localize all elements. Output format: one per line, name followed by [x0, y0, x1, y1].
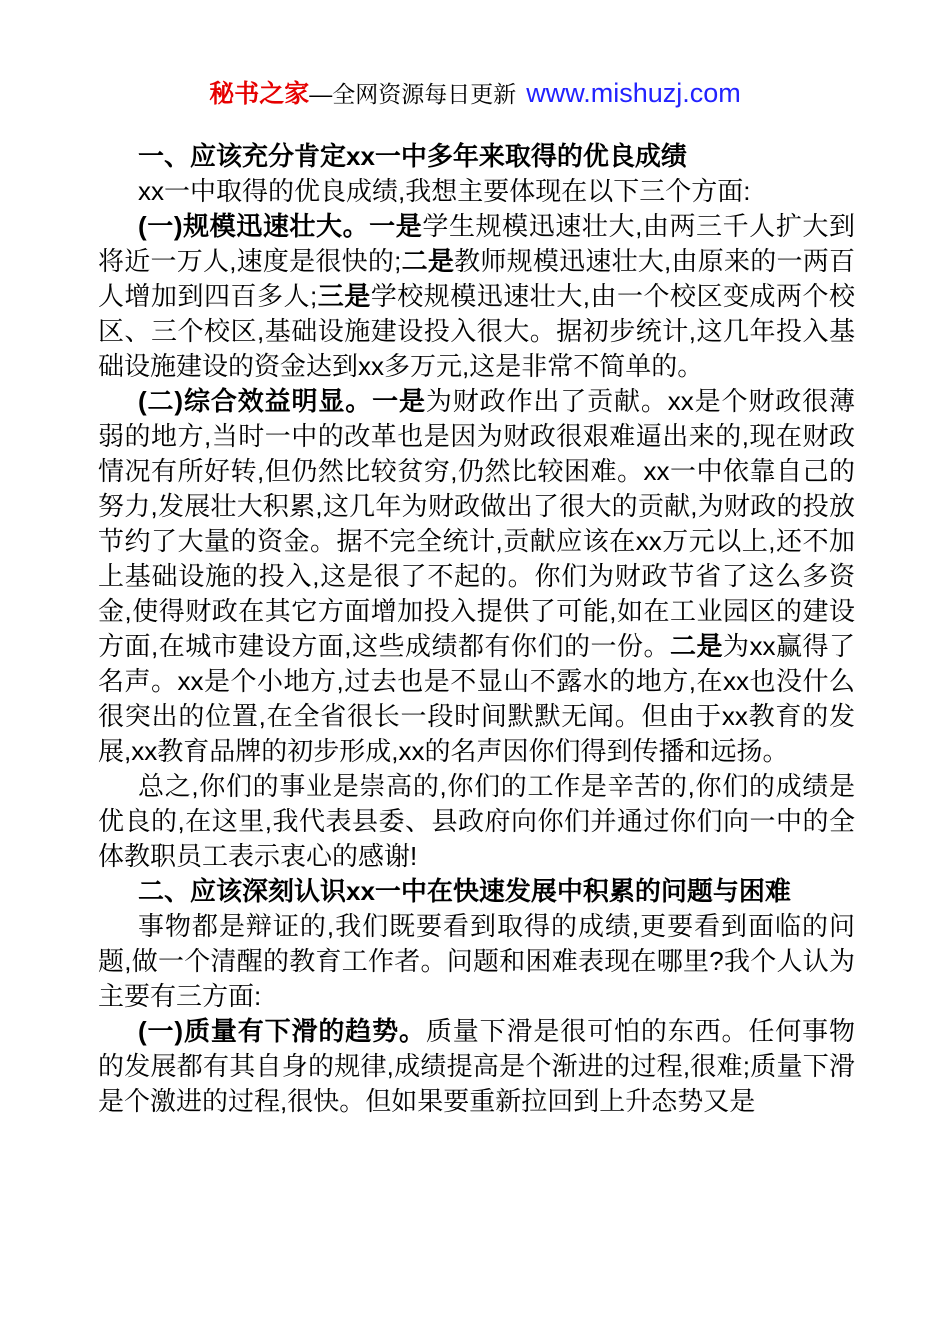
site-tagline: —全网资源每日更新	[309, 81, 516, 107]
document-page: 秘书之家—全网资源每日更新www.mishuzj.com 一、应该充分肯定xx一…	[0, 0, 950, 1344]
bold-run: 一、应该充分肯定xx一中多年来取得的优良成绩	[138, 141, 687, 171]
site-brand: 秘书之家	[209, 80, 309, 108]
text-run: 为财政作出了贡献。xx是个财政很薄弱的地方,当时一中的改革也是因为财政很艰难逼出…	[98, 386, 855, 661]
paragraph: 总之,你们的事业是崇高的,你们的工作是辛苦的,你们的成绩是优良的,在这里,我代表…	[98, 769, 855, 874]
site-header: 秘书之家—全网资源每日更新www.mishuzj.com	[0, 76, 950, 111]
document-body: 一、应该充分肯定xx一中多年来取得的优良成绩xx一中取得的优良成绩,我想主要体现…	[98, 139, 855, 1119]
bold-run: 三是	[317, 281, 371, 311]
paragraph: (一)规模迅速壮大。一是学生规模迅速壮大,由两三千人扩大到将近一万人,速度是很快…	[98, 209, 855, 384]
section-heading: 二、应该深刻认识xx一中在快速发展中积累的问题与困难	[98, 874, 855, 909]
paragraph: (二)综合效益明显。一是为财政作出了贡献。xx是个财政很薄弱的地方,当时一中的改…	[98, 384, 855, 769]
bold-run: 二是	[401, 246, 454, 276]
section-heading: 一、应该充分肯定xx一中多年来取得的优良成绩	[98, 139, 855, 174]
site-url-link[interactable]: www.mishuzj.com	[526, 78, 741, 108]
bold-run: (一)质量有下滑的趋势。	[138, 1016, 426, 1046]
text-run: xx一中取得的优良成绩,我想主要体现在以下三个方面:	[138, 176, 750, 206]
bold-run: 二、应该深刻认识xx一中在快速发展中积累的问题与困难	[138, 876, 791, 906]
bold-run: (二)综合效益明显。一是	[138, 386, 426, 416]
paragraph: 事物都是辩证的,我们既要看到取得的成绩,更要看到面临的问题,做一个清醒的教育工作…	[98, 909, 855, 1014]
text-run: 事物都是辩证的,我们既要看到取得的成绩,更要看到面临的问题,做一个清醒的教育工作…	[98, 911, 855, 1011]
bold-run: (一)规模迅速壮大。一是	[138, 211, 422, 241]
paragraph: xx一中取得的优良成绩,我想主要体现在以下三个方面:	[98, 174, 855, 209]
text-run: 总之,你们的事业是崇高的,你们的工作是辛苦的,你们的成绩是优良的,在这里,我代表…	[98, 771, 855, 871]
bold-run: 二是	[670, 631, 723, 661]
paragraph: (一)质量有下滑的趋势。质量下滑是很可怕的东西。任何事物的发展都有其自身的规律,…	[98, 1014, 855, 1119]
